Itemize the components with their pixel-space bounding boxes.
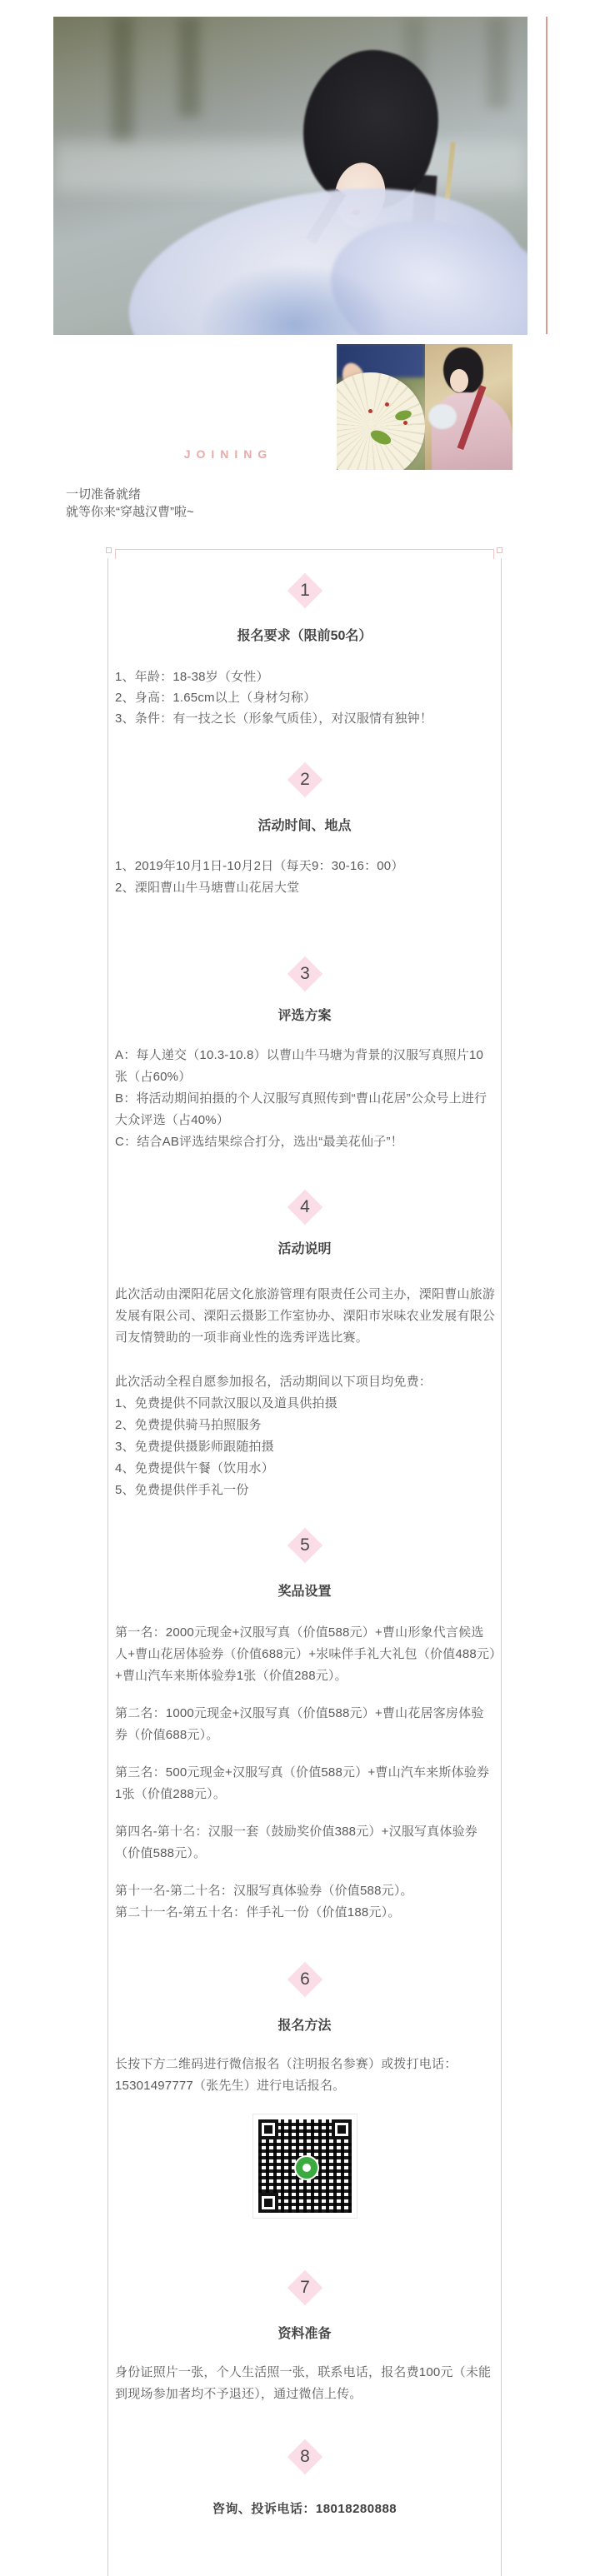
contact-phone-line: 咨询、投诉电话：18018280888 bbox=[107, 2499, 502, 2517]
section-4-free-intro: 此次活动全程自愿参加报名，活动期间以下项目均免费： bbox=[115, 1371, 496, 1393]
list-item: 5、免费提供伴手礼一份 bbox=[115, 1480, 496, 1501]
section-7-diamond-badge: 7 bbox=[282, 2264, 328, 2311]
section-8-diamond-badge: 8 bbox=[282, 2434, 328, 2480]
qr-finder-topright bbox=[332, 2119, 352, 2139]
prize-11th-20th: 第十一名-第二十名：汉服写真体验券（价值588元）。 bbox=[115, 1880, 496, 1902]
section-5-number: 5 bbox=[300, 1535, 310, 1555]
section-4-free-list: 1、免费提供不同款汉服以及道具供拍摄 2、免费提供骑马拍照服务 3、免费提供摄影… bbox=[115, 1393, 496, 1501]
prize-first: 第一名：2000元现金+汉服写真（价值588元）+曹山形象代言候选人+曹山花居体… bbox=[115, 1622, 496, 1687]
section-2-diamond-badge: 2 bbox=[282, 756, 328, 803]
white-fan bbox=[428, 404, 457, 429]
frame-right-border bbox=[501, 558, 502, 2576]
hero-photo-hanfu-woman[interactable] bbox=[53, 17, 527, 335]
section-6-number: 6 bbox=[300, 1969, 310, 1989]
face bbox=[450, 369, 468, 392]
frame-top-border bbox=[115, 549, 494, 559]
berry-decoration bbox=[368, 409, 372, 413]
list-item: 1、年龄：18-38岁（女性） bbox=[115, 666, 496, 687]
pink-hanfu-girl-photo bbox=[425, 344, 512, 470]
section-3-diamond-badge: 3 bbox=[282, 951, 328, 997]
section-2-number: 2 bbox=[300, 770, 310, 790]
section-1-diamond-badge: 1 bbox=[282, 567, 328, 614]
section-8-number: 8 bbox=[300, 2447, 310, 2467]
intro-text: 一切准备就绪 就等你来“穿越汉曹”啦~ bbox=[66, 487, 416, 521]
list-item: 2、溧阳曹山牛马塘曹山花居大堂 bbox=[115, 877, 496, 899]
frame-left-border bbox=[107, 558, 108, 2576]
section-1-list: 1、年龄：18-38岁（女性） 2、身高：1.65cm以上（身材匀称） 3、条件… bbox=[115, 666, 496, 729]
prize-21st-50th: 第二十一名-第五十名：伴手礼一份（价值188元）。 bbox=[115, 1902, 496, 1924]
list-item: 1、2019年10月1日-10月2日（每天9：30-16：00） bbox=[115, 856, 496, 877]
water-reflection bbox=[112, 17, 133, 142]
section-2-list: 1、2019年10月1日-10月2日（每天9：30-16：00） 2、溧阳曹山牛… bbox=[115, 856, 496, 899]
list-item: 3、免费提供摄影师跟随拍摄 bbox=[115, 1436, 496, 1458]
qr-center-logo bbox=[294, 2155, 319, 2180]
qr-finder-topleft bbox=[258, 2119, 278, 2139]
water-reflection bbox=[178, 17, 200, 117]
section-1-number: 1 bbox=[300, 581, 310, 601]
wechat-signup-qr-code[interactable] bbox=[252, 2114, 357, 2219]
section-6-diamond-badge: 6 bbox=[282, 1956, 328, 2003]
section-7-text: 身份证照片一张，个人生活照一张，联系电话，报名费100元（未能到现场参加者均不予… bbox=[115, 2362, 496, 2405]
section-3-number: 3 bbox=[300, 964, 310, 984]
section-5-diamond-badge: 5 bbox=[282, 1522, 328, 1569]
prize-second: 第二名：1000元现金+汉服写真（价值588元）+曹山花居客房体验券（价值688… bbox=[115, 1703, 496, 1746]
berry-decoration bbox=[385, 402, 389, 407]
joining-label: JOINING bbox=[53, 447, 403, 461]
list-item: 3、条件：有一技之长（形象气质佳），对汉服情有独钟！ bbox=[115, 708, 496, 729]
section-6-title: 报名方法 bbox=[107, 2014, 502, 2034]
article-page: JOINING 一切准备就绪 就等你来“穿越汉曹”啦~ 1 报名要求（限前50名… bbox=[0, 0, 600, 2576]
section-4-number: 4 bbox=[300, 1197, 310, 1217]
list-item: C：结合AB评选结果综合打分，选出“最美花仙子”！ bbox=[115, 1131, 496, 1153]
list-item: 1、免费提供不同款汉服以及道具供拍摄 bbox=[115, 1393, 496, 1415]
list-item: A：每人递交（10.3-10.8）以曹山牛马塘为背景的汉服写真照片10张（占60… bbox=[115, 1045, 496, 1088]
prize-third: 第三名：500元现金+汉服写真（价值588元）+曹山汽车来斯体验券1张（价值28… bbox=[115, 1762, 496, 1805]
list-item: 4、免费提供午餐（饮用水） bbox=[115, 1458, 496, 1480]
list-item: B：将活动期间拍摄的个人汉服写真照传到“曹山花居”公众号上进行大众评选（占40%… bbox=[115, 1088, 496, 1131]
section-4-title: 活动说明 bbox=[107, 1238, 502, 1257]
section-4-diamond-badge: 4 bbox=[282, 1184, 328, 1231]
list-item: 2、免费提供骑马拍照服务 bbox=[115, 1415, 496, 1436]
section-5-title: 奖品设置 bbox=[107, 1580, 502, 1600]
frame-corner-ornament-left bbox=[106, 547, 112, 553]
intro-line-2: 就等你来“穿越汉曹”啦~ bbox=[66, 504, 416, 522]
section-2-title: 活动时间、地点 bbox=[107, 815, 502, 834]
intro-line-1: 一切准备就绪 bbox=[66, 487, 416, 504]
water-ripple bbox=[53, 142, 527, 192]
section-1-title: 报名要求（限前50名） bbox=[107, 625, 502, 644]
section-3-list: A：每人递交（10.3-10.8）以曹山牛马塘为背景的汉服写真照片10张（占60… bbox=[115, 1045, 496, 1153]
frame-corner-ornament-right bbox=[497, 547, 502, 553]
section-5-prizes: 第一名：2000元现金+汉服写真（价值588元）+曹山形象代言候选人+曹山花居体… bbox=[115, 1622, 496, 1924]
section-7-title: 资料准备 bbox=[107, 2323, 502, 2342]
qr-finder-bottomleft bbox=[258, 2193, 278, 2213]
list-item: 2、身高：1.65cm以上（身材匀称） bbox=[115, 687, 496, 708]
section-3-title: 评选方案 bbox=[107, 1005, 502, 1024]
section-4-paragraph: 此次活动由溧阳花居文化旅游管理有限责任公司主办，溧阳曹山旅游发展有限公司、溧阳云… bbox=[115, 1284, 496, 1349]
pink-accent-line bbox=[546, 17, 547, 334]
section-7-number: 7 bbox=[300, 2278, 310, 2298]
berry-decoration bbox=[403, 421, 407, 425]
prize-4th-10th: 第四名-第十名：汉服一套（鼓励奖价值388元）+汉服写真体验券（价值588元）。 bbox=[115, 1821, 496, 1865]
water-reflection bbox=[487, 17, 508, 108]
section-6-text: 长按下方二维码进行微信报名（注明报名参赛）或拨打电话：15301497777（张… bbox=[115, 2054, 496, 2097]
